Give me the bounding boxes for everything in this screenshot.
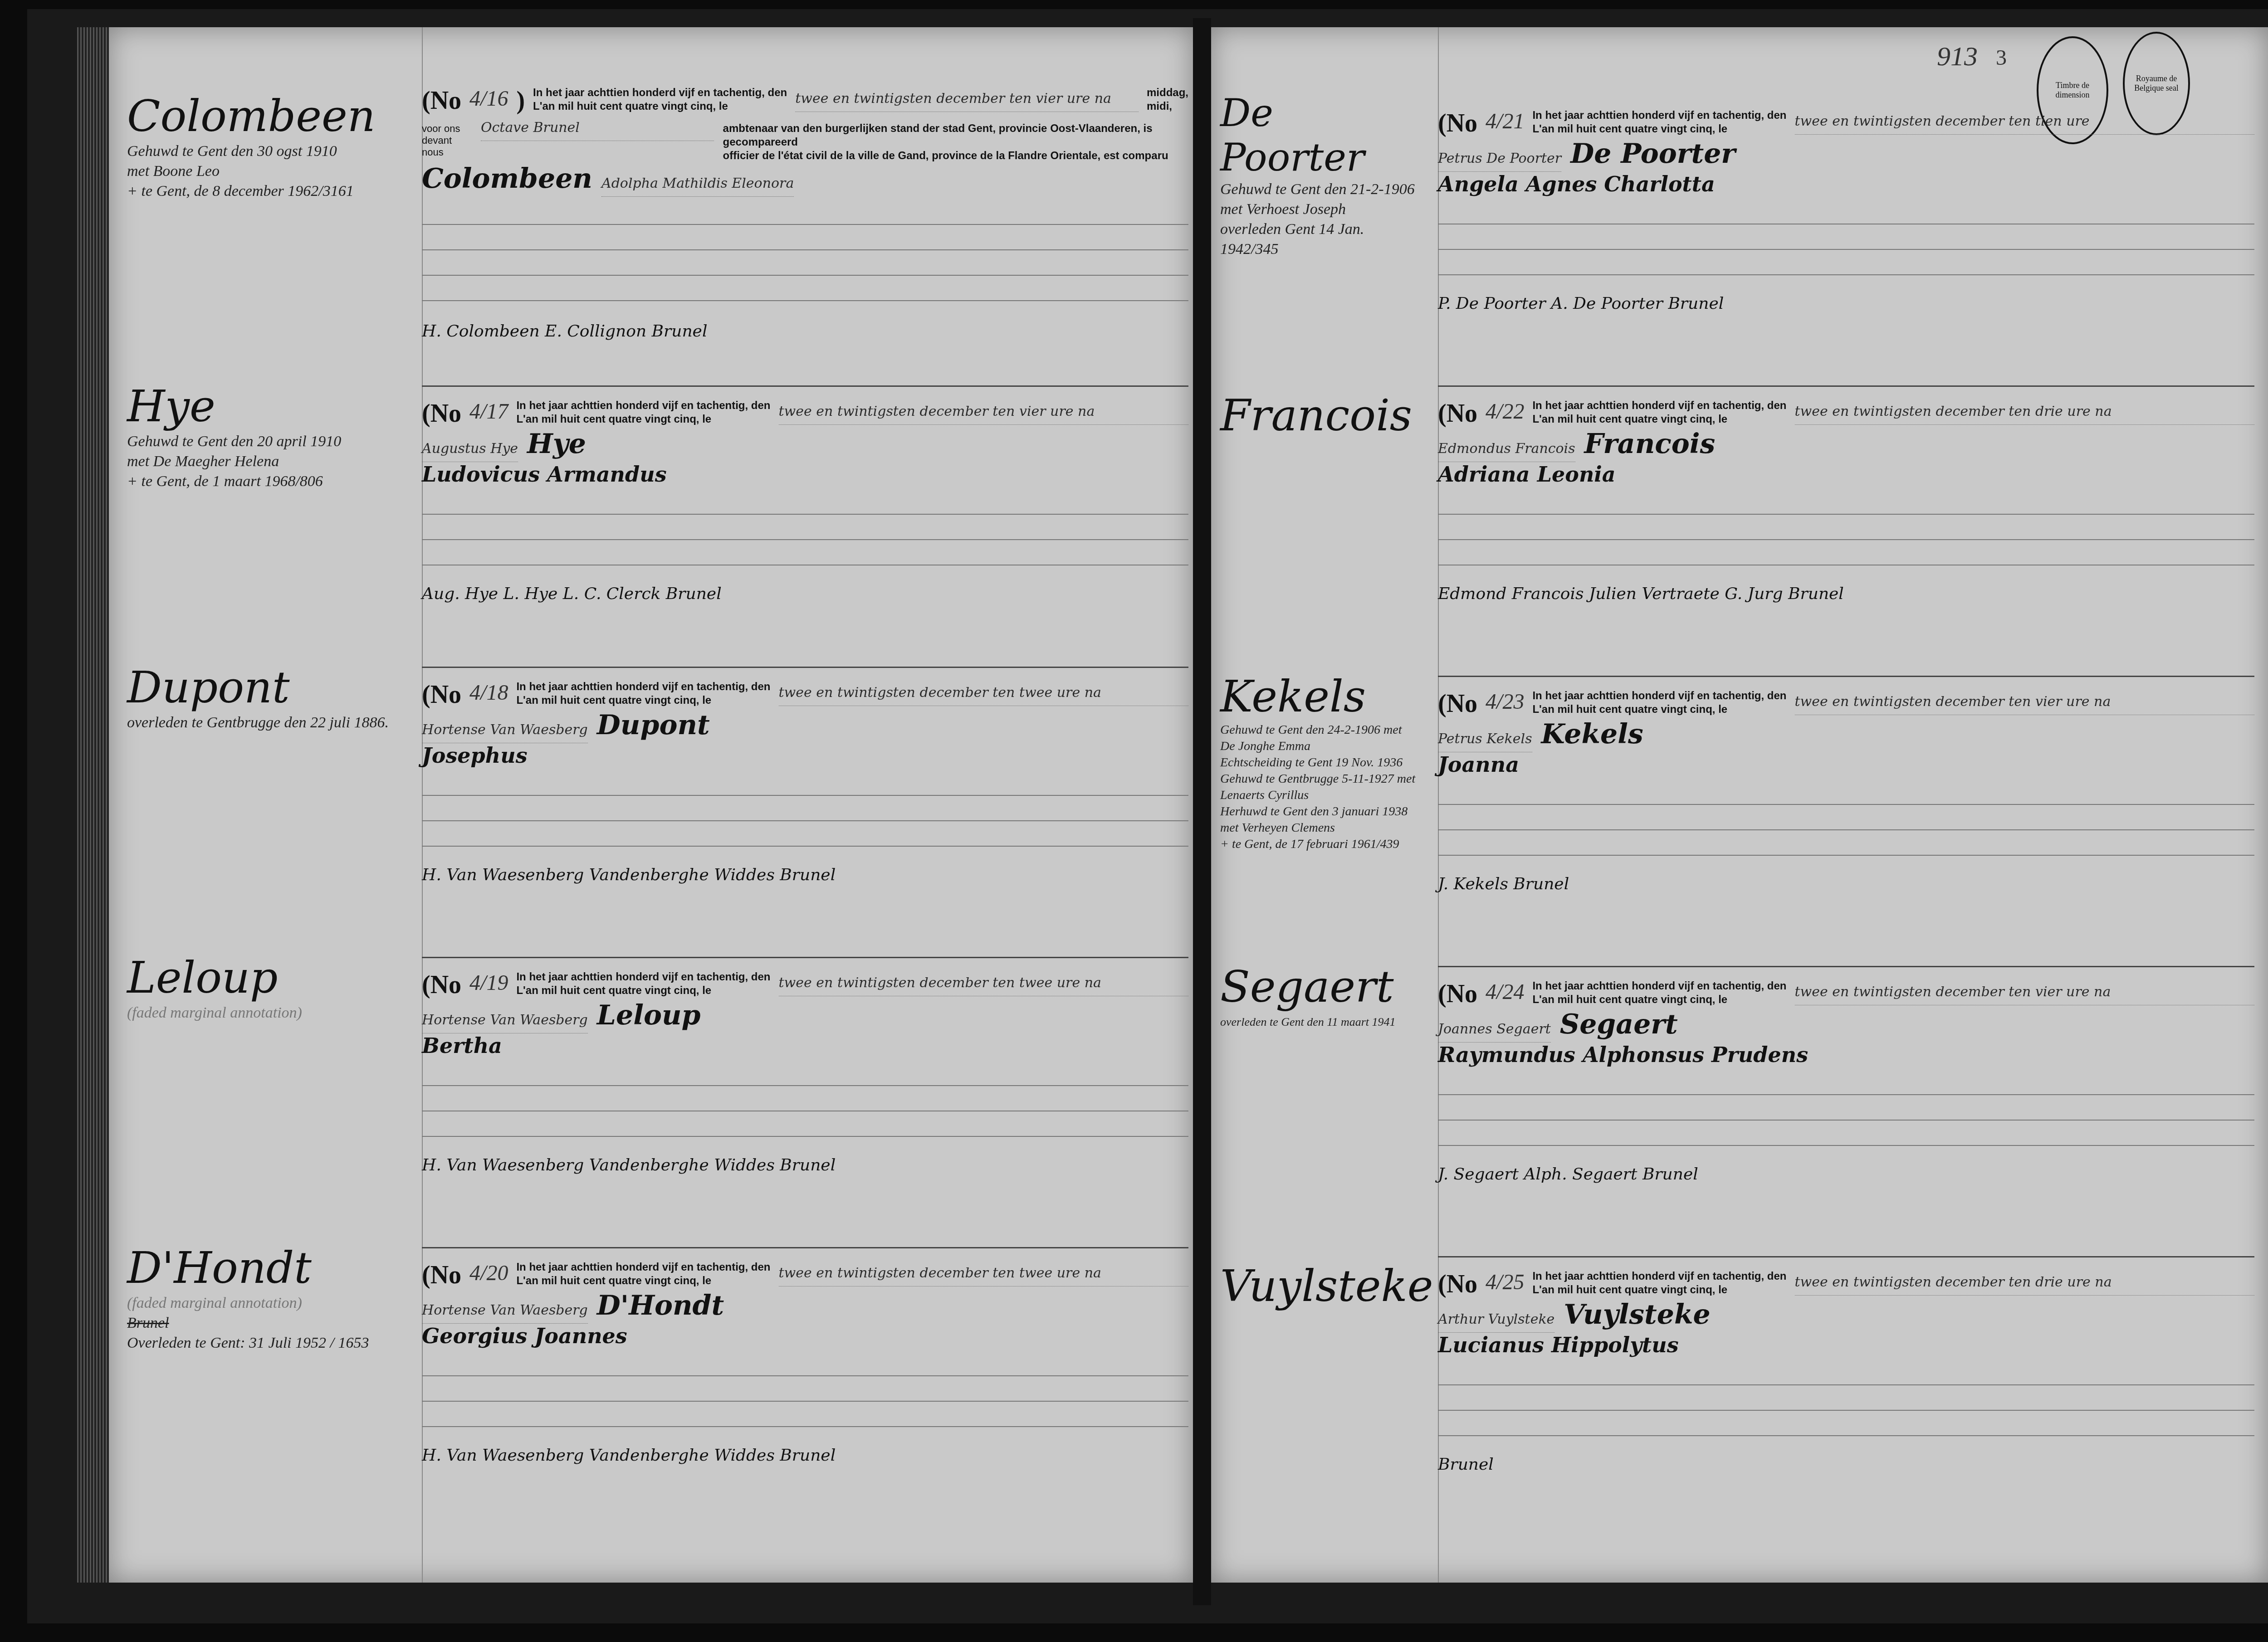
- child-given-names: Bertha: [422, 1033, 502, 1058]
- register-entry: (No4/24In het jaar achttien honderd vijf…: [1438, 966, 2254, 1257]
- preamble-fr: L'an mil huit cent quatre vingt cinq, le: [1532, 1283, 1786, 1297]
- entry-number: 4/19: [469, 970, 508, 995]
- margin-note: Echtscheiding te Gent 19 Nov. 1936: [1220, 755, 1420, 771]
- book-spine: [1193, 18, 1211, 1605]
- preamble-fr: L'an mil huit cent quatre vingt cinq, le: [1532, 413, 1786, 426]
- handwritten-body: [1438, 780, 2254, 870]
- entry-number: 4/23: [1486, 689, 1524, 714]
- preamble-fr: L'an mil huit cent quatre vingt cinq, le: [516, 984, 770, 998]
- preamble-fr: L'an mil huit cent quatre vingt cinq, le: [1532, 122, 1786, 136]
- number-bracket: ): [516, 86, 525, 115]
- preamble-nl: In het jaar achttien honderd vijf en tac…: [516, 399, 770, 413]
- margin-annotation: Colombeen Gehuwd te Gent den 30 ogst 191…: [127, 91, 408, 201]
- printed-preamble: In het jaar achttien honderd vijf en tac…: [1532, 1270, 1786, 1297]
- margin-annotation: Kekels Gehuwd te Gent den 24-2-1906 met …: [1220, 671, 1420, 853]
- child-surname: Colombeen: [422, 163, 592, 195]
- officer-name: Octave Brunel: [481, 115, 714, 141]
- margin-surname: Vuylsteke: [1220, 1261, 1420, 1311]
- printed-preamble: In het jaar achttien honderd vijf en tac…: [516, 399, 770, 426]
- handwritten-body: [1438, 489, 2254, 580]
- date-handwritten: twee en twintigsten december ten tien ur…: [1795, 109, 2254, 135]
- officer-printed-text: ambtenaar van den burgerlijken stand der…: [723, 122, 1188, 163]
- preamble-nl: In het jaar achttien honderd vijf en tac…: [533, 86, 787, 100]
- margin-annotation: Vuylsteke: [1220, 1261, 1420, 1311]
- preamble-nl: In het jaar achttien honderd vijf en tac…: [516, 1261, 770, 1274]
- preamble-nl: In het jaar achttien honderd vijf en tac…: [1532, 689, 1786, 703]
- preamble-nl: In het jaar achttien honderd vijf en tac…: [516, 970, 770, 984]
- margin-note: overleden Gent 14 Jan. 1942/345: [1220, 219, 1420, 259]
- declarant-name: Petrus Kekels: [1438, 726, 1532, 752]
- entry-number: 4/24: [1486, 979, 1524, 1004]
- margin-note: met Boone Leo: [127, 161, 408, 181]
- register-entry: (No4/23In het jaar achttien honderd vijf…: [1438, 676, 2254, 967]
- margin-note: overleden te Gent den 11 maart 1941: [1220, 1012, 1420, 1032]
- signatures: J. Segaert Alph. Segaert Brunel: [1438, 1165, 2254, 1184]
- preamble-nl: In het jaar achttien honderd vijf en tac…: [1532, 1270, 1786, 1283]
- handwritten-body: [422, 770, 1188, 861]
- child-surname: Vuylsteke: [1564, 1299, 1710, 1330]
- date-handwritten: twee en twintigsten december ten vier ur…: [1795, 689, 2254, 715]
- middag-label: middag,: [1147, 86, 1188, 100]
- number-label: (No: [422, 970, 461, 999]
- child-surname: De Poorter: [1570, 138, 1735, 170]
- child-surname: Segaert: [1560, 1009, 1678, 1040]
- preamble-fr: L'an mil huit cent quatre vingt cinq, le: [516, 694, 770, 707]
- date-handwritten: twee en twintigsten december ten twee ur…: [779, 970, 1188, 996]
- margin-note: (faded marginal annotation): [127, 1003, 408, 1023]
- left-page: Colombeen Gehuwd te Gent den 30 ogst 191…: [109, 27, 1193, 1583]
- date-handwritten: twee en twintigsten december ten drie ur…: [1795, 1270, 2254, 1296]
- signatures: H. Van Waesenberg Vandenberghe Widdes Br…: [422, 1156, 1188, 1174]
- register-entry: (No4/17In het jaar achttien honderd vijf…: [422, 385, 1188, 668]
- margin-surname: De Poorter: [1220, 91, 1420, 180]
- signatures: J. Kekels Brunel: [1438, 875, 2254, 893]
- number-label: (No: [1438, 979, 1477, 1009]
- margin-annotation: D'Hondt (faded marginal annotation) Brun…: [127, 1242, 408, 1353]
- printed-page-number: 3: [1996, 45, 2007, 70]
- printed-preamble: In het jaar achttien honderd vijf en tac…: [1532, 109, 1786, 136]
- number-label: (No: [422, 86, 461, 115]
- child-given-names: Adolpha Mathildis Eleonora: [601, 171, 794, 197]
- child-given-names: Lucianus Hippolytus: [1438, 1333, 1679, 1357]
- margin-note: Overleden te Gent: 31 Juli 1952 / 1653: [127, 1333, 408, 1353]
- child-surname: Kekels: [1541, 718, 1643, 750]
- entry-number: 4/22: [1486, 399, 1524, 424]
- child-surname: Hye: [527, 428, 586, 460]
- entry-number: 4/20: [469, 1261, 508, 1286]
- register-entry: (No4/22In het jaar achttien honderd vijf…: [1438, 385, 2254, 677]
- preamble-nl: In het jaar achttien honderd vijf en tac…: [516, 680, 770, 694]
- devant-nous: devant nous: [422, 135, 472, 158]
- margin-note: Gehuwd te Gentbrugge 5-11-1927 met Lenae…: [1220, 771, 1420, 804]
- voor-ons: voor ons: [422, 123, 472, 135]
- declarant-name: Arthur Vuylsteke: [1438, 1307, 1554, 1333]
- number-label: (No: [1438, 109, 1477, 138]
- number-label: (No: [1438, 399, 1477, 428]
- time-of-day: middag,midi,: [1147, 86, 1188, 113]
- preamble-fr: L'an mil huit cent quatre vingt cinq, le: [516, 413, 770, 426]
- entry-number: 4/21: [1486, 109, 1524, 134]
- handwritten-body: [422, 1351, 1188, 1442]
- date-handwritten: twee en twintigsten december ten vier ur…: [1795, 979, 2254, 1005]
- child-surname: Leloup: [597, 999, 701, 1031]
- declarant-name: Augustus Hye: [422, 436, 518, 462]
- signatures: P. De Poorter A. De Poorter Brunel: [1438, 294, 2254, 313]
- child-given-names: Adriana Leonia: [1438, 462, 1616, 487]
- margin-surname: Leloup: [127, 952, 408, 1003]
- printed-preamble: In het jaar achttien honderd vijf en tac…: [1532, 979, 1786, 1007]
- child-given-names: Raymundus Alphonsus Prudens: [1438, 1043, 1808, 1067]
- margin-note: Gehuwd te Gent den 21-2-1906 met Verhoes…: [1220, 180, 1420, 219]
- margin-note: Gehuwd te Gent den 20 april 1910: [127, 432, 408, 452]
- margin-note: Herhuwd te Gent den 3 januari 1938 met V…: [1220, 804, 1420, 836]
- handwritten-body: [422, 200, 1188, 317]
- printed-preamble: In het jaar achttien honderd vijf en tac…: [533, 86, 787, 113]
- printed-preamble: In het jaar achttien honderd vijf en tac…: [516, 970, 770, 998]
- date-handwritten: twee en twintigsten december ten twee ur…: [779, 680, 1188, 706]
- date-handwritten: twee en twintigsten december ten drie ur…: [1795, 399, 2254, 425]
- preamble-fr: L'an mil huit cent quatre vingt cinq, le: [533, 100, 787, 113]
- entry-number: 4/16: [469, 86, 508, 111]
- preamble-nl: In het jaar achttien honderd vijf en tac…: [1532, 399, 1786, 413]
- margin-note: met De Maegher Helena: [127, 452, 408, 472]
- margin-surname: Hye: [127, 381, 408, 432]
- register-entry: (No4/20In het jaar achttien honderd vijf…: [422, 1247, 1188, 1537]
- child-surname: Francois: [1584, 428, 1716, 460]
- margin-annotation: Leloup (faded marginal annotation): [127, 952, 408, 1023]
- margin-annotation: Segaert overleden te Gent den 11 maart 1…: [1220, 961, 1420, 1032]
- margin-surname: Colombeen: [127, 91, 408, 141]
- preamble-fr: L'an mil huit cent quatre vingt cinq, le: [1532, 703, 1786, 716]
- register-book: Colombeen Gehuwd te Gent den 30 ogst 191…: [27, 9, 2268, 1623]
- ambtenaar-nl: ambtenaar van den burgerlijken stand der…: [723, 122, 1188, 149]
- signatures: Brunel: [1438, 1455, 2254, 1474]
- right-page: 913 3 Timbre de dimension Royaume de Bel…: [1211, 27, 2268, 1583]
- margin-surname: Segaert: [1220, 961, 1420, 1012]
- handwritten-body: [1438, 1070, 2254, 1160]
- margin-note: Gehuwd te Gent den 24-2-1906 met De Jong…: [1220, 722, 1420, 755]
- margin-note: + te Gent, de 8 december 1962/3161: [127, 181, 408, 201]
- margin-annotation: Francois: [1220, 390, 1420, 441]
- folio-number: 913: [1937, 41, 1978, 72]
- left-page-edges: [77, 27, 109, 1583]
- register-entry: (No4/21In het jaar achttien honderd vijf…: [1438, 95, 2254, 387]
- child-given-names: Joanna: [1438, 752, 1519, 777]
- child-given-names: Josephus: [422, 743, 528, 768]
- margin-note: + te Gent, de 17 februari 1961/439: [1220, 836, 1420, 853]
- margin-annotation: De Poorter Gehuwd te Gent den 21-2-1906 …: [1220, 91, 1420, 259]
- officier-fr: officier de l'état civil de la ville de …: [723, 149, 1188, 163]
- margin-note: Gehuwd te Gent den 30 ogst 1910: [127, 141, 408, 161]
- voor-ons-label: voor onsdevant nous: [422, 123, 472, 158]
- preamble-fr: L'an mil huit cent quatre vingt cinq, le: [516, 1274, 770, 1288]
- child-given-names: Ludovicus Armandus: [422, 462, 667, 487]
- margin-surname: Francois: [1220, 390, 1420, 441]
- entry-number: 4/25: [1486, 1270, 1524, 1295]
- printed-preamble: In het jaar achttien honderd vijf en tac…: [516, 680, 770, 707]
- child-given-names: Georgius Joannes: [422, 1324, 627, 1348]
- number-label: (No: [422, 680, 461, 709]
- preamble-fr: L'an mil huit cent quatre vingt cinq, le: [1532, 993, 1786, 1007]
- printed-preamble: In het jaar achttien honderd vijf en tac…: [516, 1261, 770, 1288]
- margin-annotation: Dupont overleden te Gentbrugge den 22 ju…: [127, 662, 408, 733]
- signatures: Edmond Francois Julien Vertraete G. Jurg…: [1438, 585, 2254, 603]
- signatures: H. Colombeen E. Collignon Brunel: [422, 322, 1188, 341]
- printed-preamble: In het jaar achttien honderd vijf en tac…: [1532, 399, 1786, 426]
- handwritten-body: [1438, 1360, 2254, 1451]
- declarant-name: Hortense Van Waesberg: [422, 1298, 588, 1324]
- midi-label: midi,: [1147, 100, 1188, 113]
- signatures: H. Van Waesenberg Vandenberghe Widdes Br…: [422, 866, 1188, 884]
- declarant-name: Petrus De Poorter: [1438, 146, 1561, 172]
- date-handwritten: twee en twintigsten december ten twee ur…: [779, 1261, 1188, 1286]
- margin-note: Brunel: [127, 1313, 408, 1333]
- child-given-names: Angela Agnes Charlotta: [1438, 172, 1715, 196]
- handwritten-body: [422, 1061, 1188, 1151]
- signatures: Aug. Hye L. Hye L. C. Clerck Brunel: [422, 585, 1188, 603]
- handwritten-body: [1438, 199, 2254, 290]
- margin-note: overleden te Gentbrugge den 22 juli 1886…: [127, 713, 408, 733]
- signatures: H. Van Waesenberg Vandenberghe Widdes Br…: [422, 1446, 1188, 1465]
- declarant-name: Edmondus Francois: [1438, 436, 1575, 462]
- preamble-nl: In het jaar achttien honderd vijf en tac…: [1532, 109, 1786, 122]
- number-label: (No: [1438, 1270, 1477, 1299]
- margin-surname: Kekels: [1220, 671, 1420, 722]
- number-label: (No: [1438, 689, 1477, 718]
- date-handwritten: twee en twintigsten december ten vier ur…: [795, 86, 1139, 112]
- register-entry: (No 4/16 ) In het jaar achttien honderd …: [422, 73, 1188, 387]
- printed-preamble: In het jaar achttien honderd vijf en tac…: [1532, 689, 1786, 716]
- date-handwritten: twee en twintigsten december ten vier ur…: [779, 399, 1188, 425]
- margin-annotation: Hye Gehuwd te Gent den 20 april 1910 met…: [127, 381, 408, 492]
- declarant-name: Hortense Van Waesberg: [422, 717, 588, 743]
- handwritten-body: [422, 489, 1188, 580]
- margin-note: + te Gent, de 1 maart 1968/806: [127, 472, 408, 492]
- number-label: (No: [422, 399, 461, 428]
- child-surname: Dupont: [597, 709, 710, 741]
- number-label: (No: [422, 1261, 461, 1290]
- register-entry: (No4/18In het jaar achttien honderd vijf…: [422, 667, 1188, 958]
- margin-surname: D'Hondt: [127, 1242, 408, 1293]
- register-entry: (No4/25In het jaar achttien honderd vijf…: [1438, 1256, 2254, 1546]
- child-surname: D'Hondt: [597, 1290, 724, 1321]
- margin-note: (faded marginal annotation): [127, 1293, 408, 1313]
- margin-surname: Dupont: [127, 662, 408, 713]
- register-entry: (No4/19In het jaar achttien honderd vijf…: [422, 957, 1188, 1248]
- entry-number: 4/17: [469, 399, 508, 424]
- entry-number: 4/18: [469, 680, 508, 705]
- declarant-name: Joannes Segaert: [1438, 1017, 1551, 1043]
- declarant-name: Hortense Van Waesberg: [422, 1008, 588, 1033]
- preamble-nl: In het jaar achttien honderd vijf en tac…: [1532, 979, 1786, 993]
